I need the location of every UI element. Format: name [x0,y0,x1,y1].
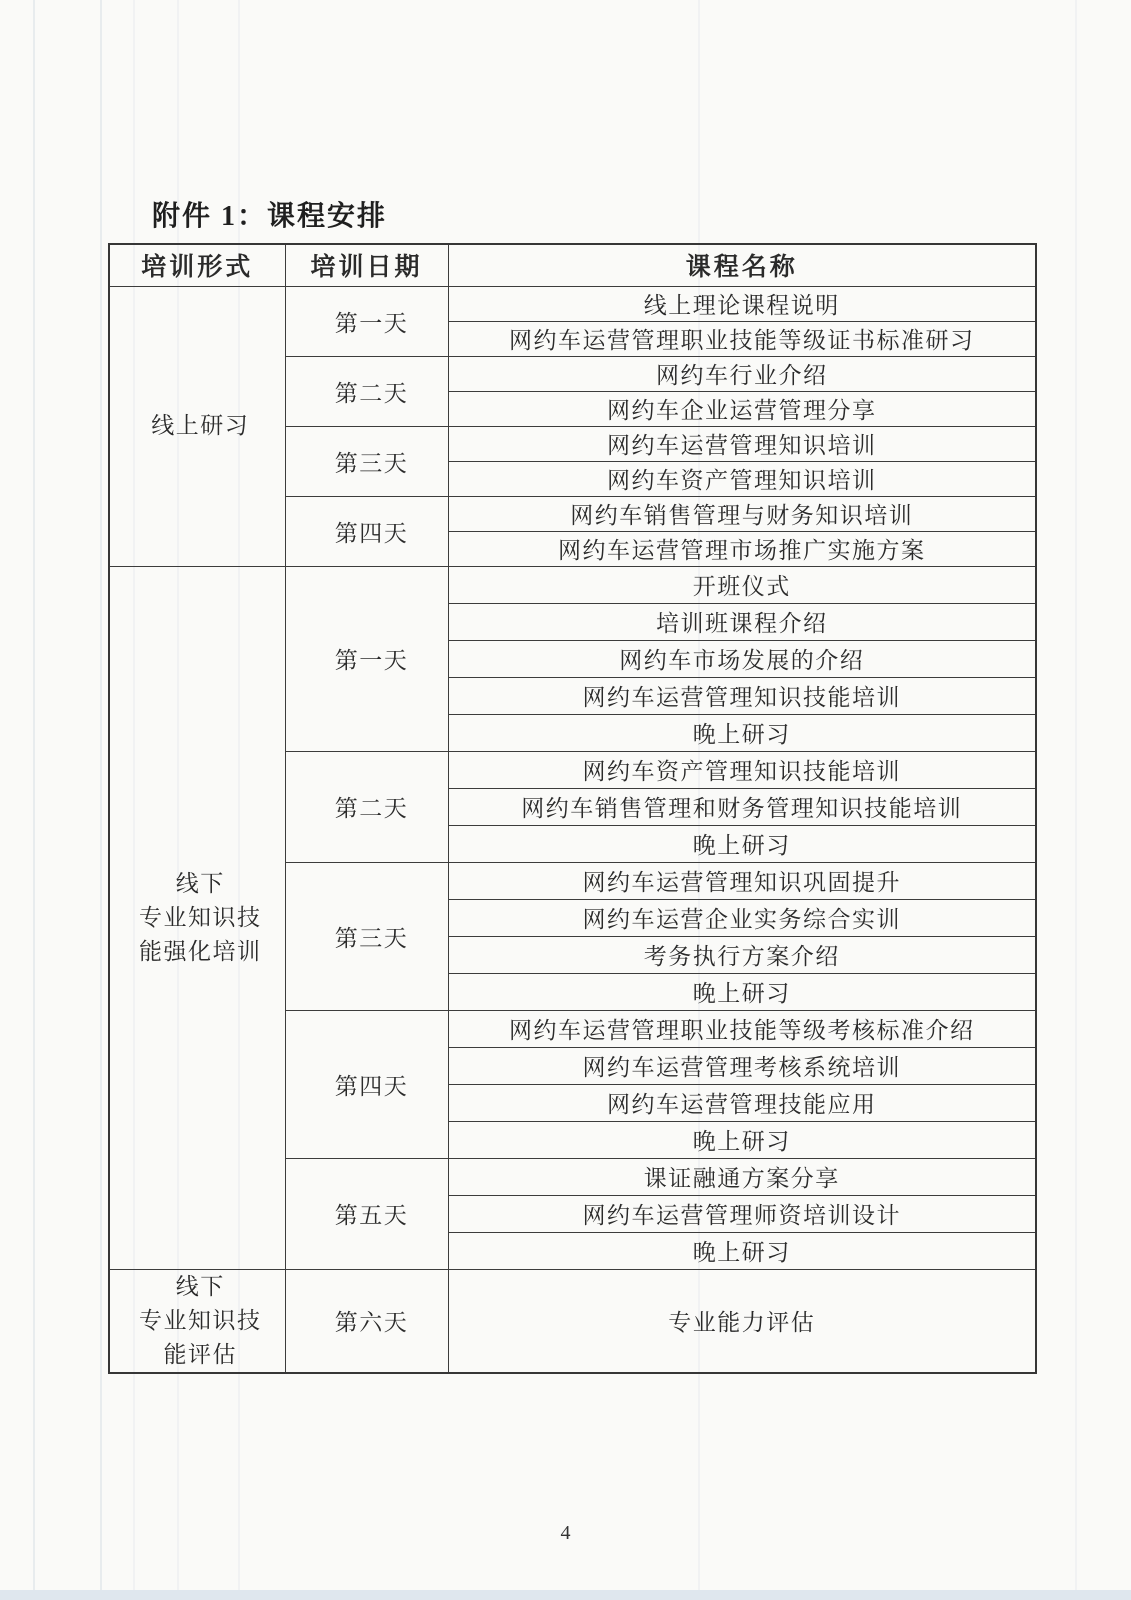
course-name-cell: 网约车运营管理知识培训 [448,426,1036,461]
training-form-line: 线下 [110,1270,285,1304]
course-name-cell: 网约车运营管理知识巩固提升 [448,862,1036,899]
training-form-line: 线上研习 [110,409,285,443]
scan-edge-artifact [0,1590,1131,1600]
training-day-cell: 第二天 [285,356,448,426]
page-number: 4 [0,1522,1131,1545]
course-name-cell: 网约车运营管理师资培训设计 [448,1195,1036,1232]
training-form-line: 专业知识技 [110,1304,285,1338]
training-day-cell: 第一天 [285,566,448,751]
header-training-form: 培训形式 [109,244,285,286]
training-form-cell: 线上研习 [109,286,285,566]
training-day-cell: 第二天 [285,751,448,862]
course-name-cell: 网约车市场发展的介绍 [448,640,1036,677]
scan-streak-artifact [33,0,35,1600]
table-header-row: 培训形式 培训日期 课程名称 [109,244,1036,286]
attachment-title: 附件 1：课程安排 [152,194,387,234]
training-form-line: 专业知识技 [110,901,285,935]
course-name-cell: 考务执行方案介绍 [448,936,1036,973]
course-name-cell: 网约车企业运营管理分享 [448,391,1036,426]
training-form-line: 能强化培训 [110,935,285,969]
scan-streak-artifact [100,0,102,1600]
course-name-cell: 网约车销售管理和财务管理知识技能培训 [448,788,1036,825]
header-course-name: 课程名称 [448,244,1036,286]
course-name-cell: 网约车运营管理知识技能培训 [448,677,1036,714]
training-day-cell: 第五天 [285,1158,448,1269]
course-name-cell: 培训班课程介绍 [448,603,1036,640]
course-name-cell: 网约车销售管理与财务知识培训 [448,496,1036,531]
training-day-cell: 第六天 [285,1269,448,1373]
document-page: 附件 1：课程安排 培训形式 培训日期 课程名称 线上研习第一天线上理论课程说明… [0,0,1131,1600]
table-row: 线下专业知识技能评估第六天专业能力评估 [109,1269,1036,1373]
training-day-cell: 第四天 [285,496,448,566]
course-name-cell: 开班仪式 [448,566,1036,603]
course-name-cell: 网约车运营企业实务综合实训 [448,899,1036,936]
course-name-cell: 网约车行业介绍 [448,356,1036,391]
training-form-cell: 线下专业知识技能评估 [109,1269,285,1373]
course-name-cell: 网约车运营管理职业技能等级证书标准研习 [448,321,1036,356]
course-name-cell: 晚上研习 [448,1232,1036,1269]
course-name-cell: 晚上研习 [448,825,1036,862]
course-name-cell: 课证融通方案分享 [448,1158,1036,1195]
course-name-cell: 晚上研习 [448,714,1036,751]
training-form-line: 线下 [110,867,285,901]
course-name-cell: 线上理论课程说明 [448,286,1036,321]
training-day-cell: 第一天 [285,286,448,356]
course-name-cell: 网约车运营管理考核系统培训 [448,1047,1036,1084]
course-name-cell: 专业能力评估 [448,1269,1036,1373]
table-row: 线上研习第一天线上理论课程说明 [109,286,1036,321]
training-form-cell: 线下专业知识技能强化培训 [109,566,285,1269]
course-name-cell: 晚上研习 [448,1121,1036,1158]
course-name-cell: 网约车运营管理技能应用 [448,1084,1036,1121]
training-day-cell: 第三天 [285,862,448,1010]
course-name-cell: 网约车运营管理职业技能等级考核标准介绍 [448,1010,1036,1047]
table-row: 线下专业知识技能强化培训第一天开班仪式 [109,566,1036,603]
course-name-cell: 晚上研习 [448,973,1036,1010]
training-form-line: 能评估 [110,1338,285,1372]
course-schedule-table: 培训形式 培训日期 课程名称 线上研习第一天线上理论课程说明网约车运营管理职业技… [108,243,1037,1374]
course-name-cell: 网约车资产管理知识培训 [448,461,1036,496]
course-name-cell: 网约车运营管理市场推广实施方案 [448,531,1036,566]
training-day-cell: 第四天 [285,1010,448,1158]
header-training-date: 培训日期 [285,244,448,286]
scan-streak-artifact [1075,0,1077,1600]
training-day-cell: 第三天 [285,426,448,496]
course-name-cell: 网约车资产管理知识技能培训 [448,751,1036,788]
